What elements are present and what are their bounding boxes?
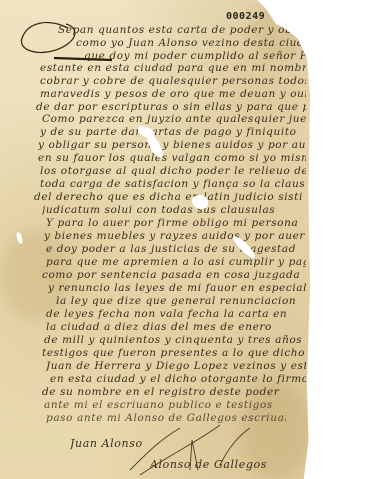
folio-stamp: 000249 (226, 11, 265, 22)
manuscript-line: Sepan quantos esta carta de poder y obli… (58, 24, 306, 37)
manuscript-line: de su nombre en el registro deste poder (42, 386, 306, 399)
manuscript-line: la ciudad a diez dias del mes de enero (46, 321, 306, 334)
manuscript-line: y renuncio las leyes de mi fauor en espe… (48, 282, 306, 295)
manuscript-line: estante en esta ciudad para que en mi no… (40, 62, 306, 75)
manuscript-line: judicatum solui con todas sus clausulas (42, 204, 306, 217)
manuscript-line: Como parezca en juyzio ante qualesquier … (42, 113, 306, 126)
paper-hole (192, 195, 208, 209)
manuscript-line: y bienes muebles y rayzes auidos y por a… (44, 230, 306, 243)
manuscript-line: para que me apremien a lo asi cumplir y … (46, 256, 306, 269)
manuscript-line: como yo Juan Alonso vezino desta ciudad … (76, 37, 306, 50)
manuscript-line: en esta ciudad y el dicho otorgante lo f… (50, 373, 306, 386)
manuscript-line: y de su parte dar cartas de pago y finiq… (40, 126, 306, 139)
manuscript-line: maravedis y pesos de oro que me deuan y … (40, 88, 306, 101)
manuscript-line: los otorgase al qual dicho poder le reli… (40, 165, 306, 178)
manuscript-line: e doy poder a las justicias de su magest… (46, 243, 306, 256)
manuscript-line: del derecho que es dicha en latin judici… (34, 191, 306, 204)
manuscript-line: de leyes fecha non vala fecha la carta e… (46, 308, 306, 321)
manuscript-line: de mill y quinientos y cinquenta y tres … (44, 334, 306, 347)
manuscript-line: Y para lo auer por firme obligo mi perso… (46, 217, 306, 230)
manuscript-line: la ley que dize que general renunciacion (56, 295, 306, 308)
manuscript-page: 15 000249 Sepan quantos esta carta de po… (0, 0, 310, 479)
manuscript-line: Juan de Herrera y Diego Lopez vezinos y … (46, 360, 306, 373)
manuscript-line: cobrar y cobre de qualesquier personas t… (40, 75, 306, 88)
manuscript-line: en su fauor los quales valgan como si yo… (38, 152, 306, 165)
signature-rubric-icon (120, 420, 260, 479)
manuscript-line: ante mi el escriuano publico e testigos (44, 399, 306, 412)
archive-mark: 15 (267, 0, 277, 9)
manuscript-line: testigos que fueron presentes a lo que d… (42, 347, 306, 360)
manuscript-line: y obligar su persona y bienes auidos y p… (38, 139, 306, 152)
manuscript-line: toda carga de satisfacion y fiança so la… (40, 178, 306, 191)
manuscript-line: como por sentencia pasada en cosa juzgad… (42, 269, 306, 282)
